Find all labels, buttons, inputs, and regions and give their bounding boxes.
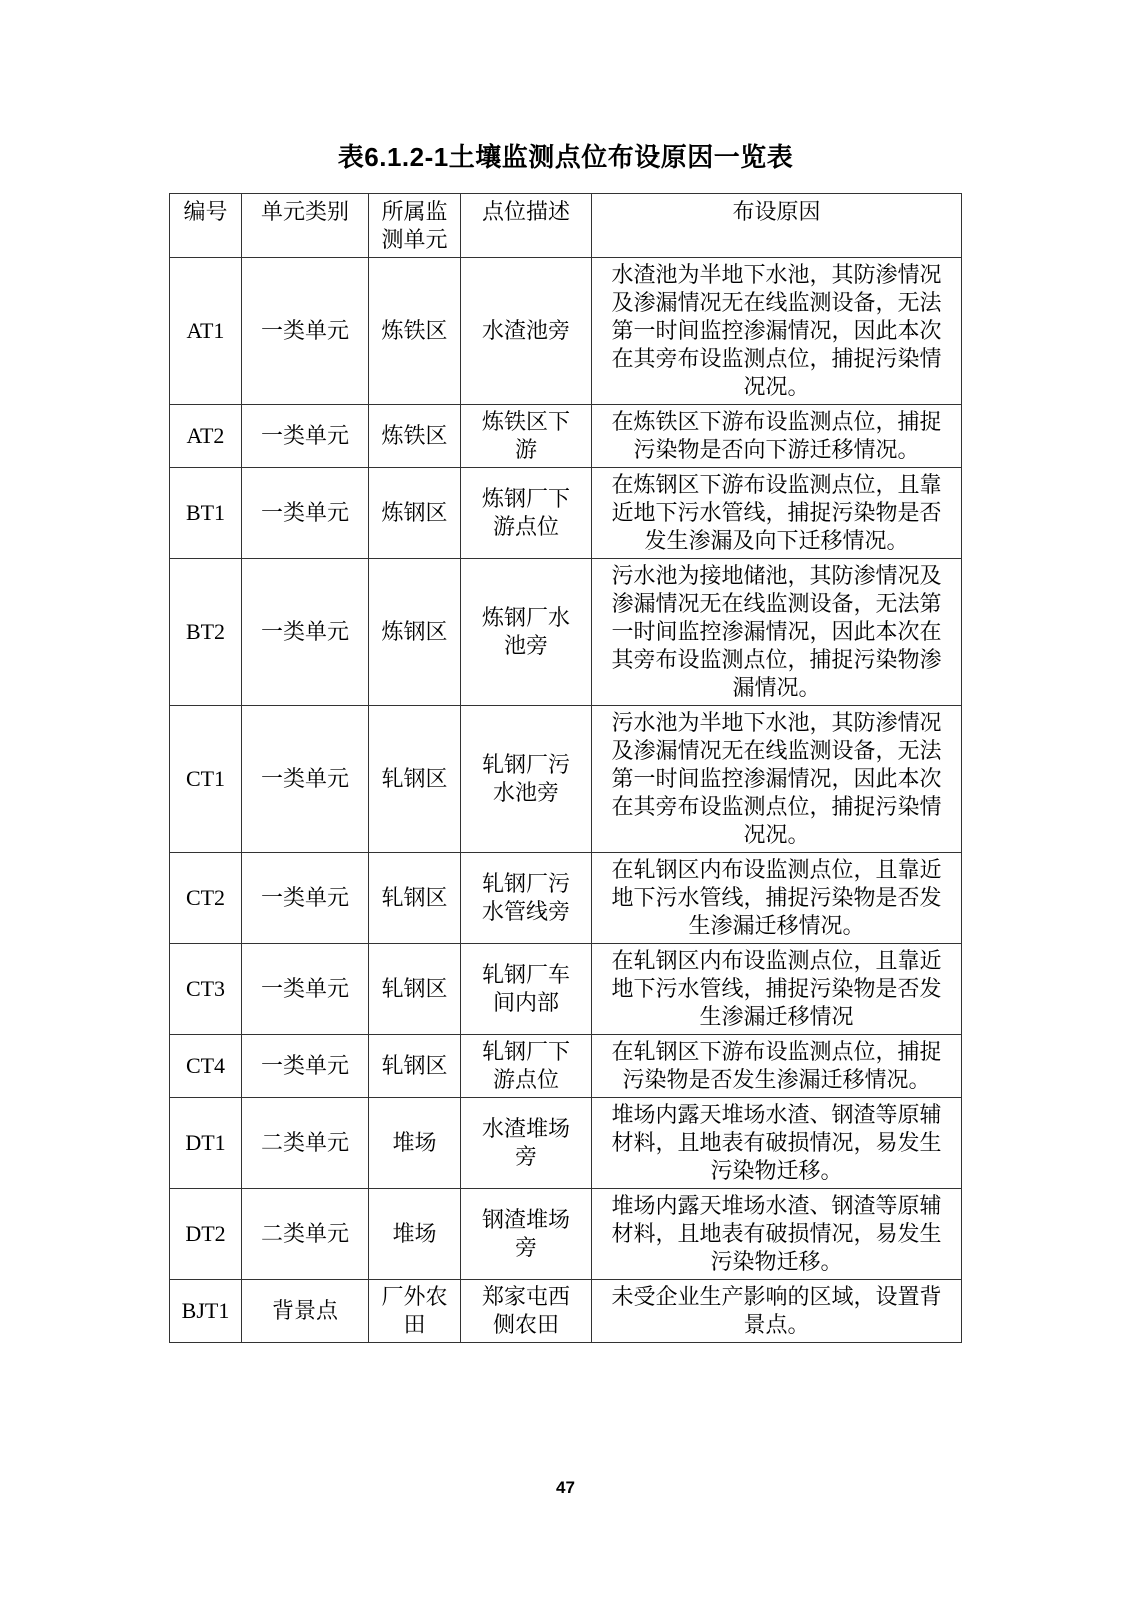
- cell-point-id: DT2: [170, 1189, 242, 1280]
- cell-unit-category: 一类单元: [242, 853, 369, 944]
- cell-point-description: 轧钢厂车间内部: [461, 944, 592, 1035]
- cell-monitoring-unit: 炼铁区: [369, 405, 461, 468]
- cell-layout-reason: 在炼铁区下游布设监测点位，捕捉污染物是否向下游迁移情况。: [592, 405, 962, 468]
- page-number: 47: [0, 1477, 1131, 1499]
- cell-unit-category: 二类单元: [242, 1189, 369, 1280]
- cell-layout-reason: 在轧钢区内布设监测点位，且靠近地下污水管线，捕捉污染物是否发生渗漏迁移情况: [592, 944, 962, 1035]
- cell-monitoring-unit: 轧钢区: [369, 706, 461, 853]
- table-header: 编号 单元类别 所属监测单元 点位描述 布设原因: [170, 194, 962, 258]
- table-row: CT2 一类单元 轧钢区 轧钢厂污水管线旁 在轧钢区内布设监测点位，且靠近地下污…: [170, 853, 962, 944]
- cell-unit-category: 一类单元: [242, 559, 369, 706]
- table-row: AT1 一类单元 炼铁区 水渣池旁 水渣池为半地下水池，其防渗情况及渗漏情况无在…: [170, 258, 962, 405]
- cell-point-id: AT2: [170, 405, 242, 468]
- cell-point-id: BT2: [170, 559, 242, 706]
- cell-point-description: 炼铁区下游: [461, 405, 592, 468]
- cell-monitoring-unit: 轧钢区: [369, 1035, 461, 1098]
- table-row: CT4 一类单元 轧钢区 轧钢厂下游点位 在轧钢区下游布设监测点位，捕捉污染物是…: [170, 1035, 962, 1098]
- cell-point-description: 轧钢厂污水池旁: [461, 706, 592, 853]
- table-row: BT2 一类单元 炼钢区 炼钢厂水池旁 污水池为接地储池，其防渗情况及渗漏情况无…: [170, 559, 962, 706]
- header-unit-category: 单元类别: [242, 194, 369, 258]
- soil-monitoring-points-table: 编号 单元类别 所属监测单元 点位描述 布设原因 AT1 一类单元 炼铁区 水渣…: [169, 193, 962, 1343]
- cell-point-description: 郑家屯西侧农田: [461, 1280, 592, 1343]
- cell-layout-reason: 在轧钢区内布设监测点位，且靠近地下污水管线，捕捉污染物是否发生渗漏迁移情况。: [592, 853, 962, 944]
- cell-layout-reason: 堆场内露天堆场水渣、钢渣等原辅材料，且地表有破损情况，易发生污染物迁移。: [592, 1189, 962, 1280]
- table-row: CT1 一类单元 轧钢区 轧钢厂污水池旁 污水池为半地下水池，其防渗情况及渗漏情…: [170, 706, 962, 853]
- cell-monitoring-unit: 轧钢区: [369, 853, 461, 944]
- cell-point-description: 水渣池旁: [461, 258, 592, 405]
- cell-point-id: CT1: [170, 706, 242, 853]
- cell-unit-category: 二类单元: [242, 1098, 369, 1189]
- table-row: BT1 一类单元 炼钢区 炼钢厂下游点位 在炼钢区下游布设监测点位，且靠近地下污…: [170, 468, 962, 559]
- table-row: BJT1 背景点 厂外农田 郑家屯西侧农田 未受企业生产影响的区域，设置背景点。: [170, 1280, 962, 1343]
- table-body: AT1 一类单元 炼铁区 水渣池旁 水渣池为半地下水池，其防渗情况及渗漏情况无在…: [170, 258, 962, 1343]
- table-title: 表6.1.2-1土壤监测点位布设原因一览表: [0, 141, 1131, 173]
- cell-monitoring-unit: 厂外农田: [369, 1280, 461, 1343]
- cell-unit-category: 一类单元: [242, 1035, 369, 1098]
- cell-layout-reason: 在轧钢区下游布设监测点位，捕捉污染物是否发生渗漏迁移情况。: [592, 1035, 962, 1098]
- document-page: 表6.1.2-1土壤监测点位布设原因一览表 编号 单元类别 所属监测单元 点位描…: [0, 0, 1131, 1600]
- cell-unit-category: 一类单元: [242, 258, 369, 405]
- cell-layout-reason: 未受企业生产影响的区域，设置背景点。: [592, 1280, 962, 1343]
- cell-unit-category: 一类单元: [242, 706, 369, 853]
- cell-point-description: 轧钢厂污水管线旁: [461, 853, 592, 944]
- cell-point-description: 炼钢厂下游点位: [461, 468, 592, 559]
- cell-point-description: 炼钢厂水池旁: [461, 559, 592, 706]
- cell-monitoring-unit: 炼钢区: [369, 468, 461, 559]
- header-monitoring-unit: 所属监测单元: [369, 194, 461, 258]
- cell-point-id: CT4: [170, 1035, 242, 1098]
- cell-monitoring-unit: 炼铁区: [369, 258, 461, 405]
- cell-point-id: CT2: [170, 853, 242, 944]
- cell-layout-reason: 污水池为半地下水池，其防渗情况及渗漏情况无在线监测设备，无法第一时间监控渗漏情况…: [592, 706, 962, 853]
- cell-point-id: CT3: [170, 944, 242, 1035]
- cell-point-description: 轧钢厂下游点位: [461, 1035, 592, 1098]
- table-container: 编号 单元类别 所属监测单元 点位描述 布设原因 AT1 一类单元 炼铁区 水渣…: [0, 193, 1131, 1343]
- table-row: DT1 二类单元 堆场 水渣堆场旁 堆场内露天堆场水渣、钢渣等原辅材料，且地表有…: [170, 1098, 962, 1189]
- header-point-description: 点位描述: [461, 194, 592, 258]
- cell-point-description: 水渣堆场旁: [461, 1098, 592, 1189]
- cell-unit-category: 背景点: [242, 1280, 369, 1343]
- cell-point-id: BT1: [170, 468, 242, 559]
- cell-layout-reason: 污水池为接地储池，其防渗情况及渗漏情况无在线监测设备，无法第一时间监控渗漏情况，…: [592, 559, 962, 706]
- cell-layout-reason: 堆场内露天堆场水渣、钢渣等原辅材料，且地表有破损情况，易发生污染物迁移。: [592, 1098, 962, 1189]
- cell-monitoring-unit: 堆场: [369, 1189, 461, 1280]
- header-row: 编号 单元类别 所属监测单元 点位描述 布设原因: [170, 194, 962, 258]
- header-point-id: 编号: [170, 194, 242, 258]
- cell-point-id: AT1: [170, 258, 242, 405]
- cell-layout-reason: 水渣池为半地下水池，其防渗情况及渗漏情况无在线监测设备，无法第一时间监控渗漏情况…: [592, 258, 962, 405]
- cell-monitoring-unit: 轧钢区: [369, 944, 461, 1035]
- cell-monitoring-unit: 炼钢区: [369, 559, 461, 706]
- header-layout-reason: 布设原因: [592, 194, 962, 258]
- table-row: AT2 一类单元 炼铁区 炼铁区下游 在炼铁区下游布设监测点位，捕捉污染物是否向…: [170, 405, 962, 468]
- cell-point-id: DT1: [170, 1098, 242, 1189]
- cell-unit-category: 一类单元: [242, 944, 369, 1035]
- cell-unit-category: 一类单元: [242, 405, 369, 468]
- table-row: DT2 二类单元 堆场 钢渣堆场旁 堆场内露天堆场水渣、钢渣等原辅材料，且地表有…: [170, 1189, 962, 1280]
- table-row: CT3 一类单元 轧钢区 轧钢厂车间内部 在轧钢区内布设监测点位，且靠近地下污水…: [170, 944, 962, 1035]
- cell-unit-category: 一类单元: [242, 468, 369, 559]
- cell-point-description: 钢渣堆场旁: [461, 1189, 592, 1280]
- cell-point-id: BJT1: [170, 1280, 242, 1343]
- cell-layout-reason: 在炼钢区下游布设监测点位，且靠近地下污水管线，捕捉污染物是否发生渗漏及向下迁移情…: [592, 468, 962, 559]
- cell-monitoring-unit: 堆场: [369, 1098, 461, 1189]
